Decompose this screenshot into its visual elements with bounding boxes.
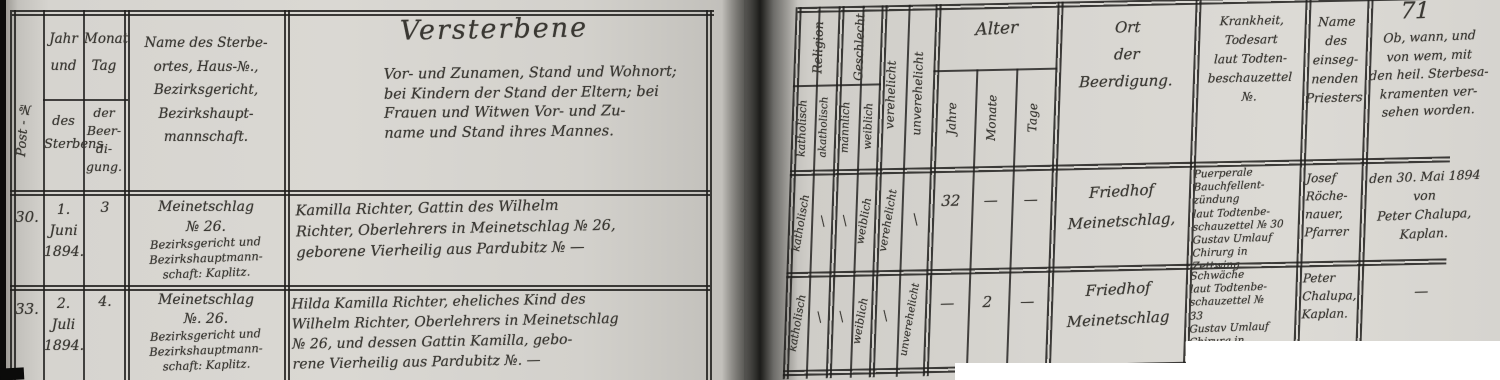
col-header-post-no: Post - №: [12, 75, 39, 182]
row2-days-value: —: [1007, 294, 1048, 311]
col-subheader-death: des Sterbens: [44, 110, 83, 156]
row1-burial-day: 3: [86, 200, 124, 216]
row2-post-no: 33.: [12, 300, 42, 318]
col-header-religion: Religion: [809, 11, 830, 83]
row1-deceased-entry: Kamilla Richter, Gattin des Wilhelm Rich…: [295, 193, 708, 265]
col-header-alter: Alter: [941, 16, 1053, 42]
row2-deceased-entry: Hilda Kamilla Richter, eheliches Kind de…: [291, 287, 710, 374]
row1-years-value: 32: [931, 191, 972, 210]
row2-burial-place-value: Friedhof Meinetschlag: [1053, 271, 1183, 338]
row2-place-name: Meinetschlag №. 26.: [130, 291, 282, 329]
row1-burial-place-value: Friedhof Meinetschlag,: [1056, 173, 1186, 240]
row2-priest-value: Peter Chalupa, Kaplan.: [1301, 268, 1357, 323]
col-subheader-katholisch: katholisch: [794, 88, 814, 168]
scan-edge-left: [0, 0, 6, 380]
col-header-geschlecht: Geschlecht: [851, 11, 872, 83]
col-header-death-date: Jahr und: [44, 26, 83, 80]
col-header-deceased-description: Vor- und Zunamen, Stand und Wohnort; bei…: [384, 62, 711, 143]
col-subheader-weiblich: weiblich: [860, 86, 879, 166]
row2-months-value: 2: [967, 293, 1008, 312]
col-subheader-jahre: Jahre: [943, 76, 963, 162]
grid-line: [1006, 68, 1019, 374]
section-title-deceased: Versterbene: [324, 11, 664, 48]
row2-place-authority: Bezirksgericht und Bezirkshauptmann- sch…: [129, 325, 282, 375]
col-subheader-maennlich: männlich: [837, 87, 857, 167]
row1-place-name: Meinetschlag № 26.: [130, 197, 282, 237]
row1-place-authority: Bezirksgericht und Bezirkshauptmann- sch…: [129, 233, 282, 283]
death-register-scan: Post - № Jahr und Monat Tag des Sterbens…: [0, 0, 1500, 380]
col-subheader-monate: Monate: [983, 75, 1003, 161]
row2-sacraments-value: —: [1359, 283, 1484, 302]
row1-days-value: —: [1011, 192, 1052, 209]
col-header-unverehelicht: unverehelicht: [908, 20, 931, 166]
col-header-burial-date: Monat Tag: [84, 26, 124, 80]
scan-blank-patch: [1186, 341, 1500, 380]
row1-sacraments-value: den 30. Mai 1894 von Peter Chalupa, Kapl…: [1362, 165, 1487, 246]
page-number: 71: [1385, 0, 1446, 25]
col-header-sacraments: Ob, wann, und von wem, mit den heil. Ste…: [1364, 25, 1494, 122]
grid-line: [933, 68, 1057, 73]
row2-burial-day: 4.: [86, 294, 124, 310]
col-header-burial-place: Ort der Beerdigung.: [1058, 13, 1195, 97]
scan-edge-bottom-left: [0, 367, 24, 380]
col-header-verehelicht: verehelicht: [881, 25, 904, 165]
right-page-table: Religion katholisch akatholisch Geschlec…: [745, 0, 1500, 380]
col-subheader-akatholisch: akatholisch: [816, 87, 835, 167]
col-subheader-tage: Tage: [1024, 74, 1044, 160]
col-header-place-of-death: Name des Sterbe- ortes, Haus-№., Bezirks…: [130, 32, 282, 150]
grid-line: [43, 99, 128, 101]
col-subheader-burial: der Beer- di- gung.: [84, 104, 124, 176]
row1-death-date: 1. Juni 1894.: [44, 200, 83, 263]
left-page: Post - № Jahr und Monat Tag des Sterbens…: [4, 0, 744, 380]
row1-post-no: 30.: [12, 208, 42, 226]
row1-priest-value: Josef Röche- nauer, Pfarrer: [1304, 168, 1361, 241]
row1-cause-of-death-value: Puerperale Bauchfellent- zündung laut To…: [1192, 165, 1298, 275]
col-header-cause-of-death: Krankheit, Todesart laut Todten- beschau…: [1196, 11, 1305, 108]
row2-years-value: —: [927, 295, 968, 312]
row2-death-date: 2. Juli 1894.: [44, 294, 83, 357]
col-header-priest: Name des einseg- nenden Priesters: [1304, 11, 1367, 107]
grid-line: [966, 69, 979, 375]
row1-unverehelicht-value: —: [900, 186, 930, 254]
row1-months-value: —: [971, 193, 1012, 210]
